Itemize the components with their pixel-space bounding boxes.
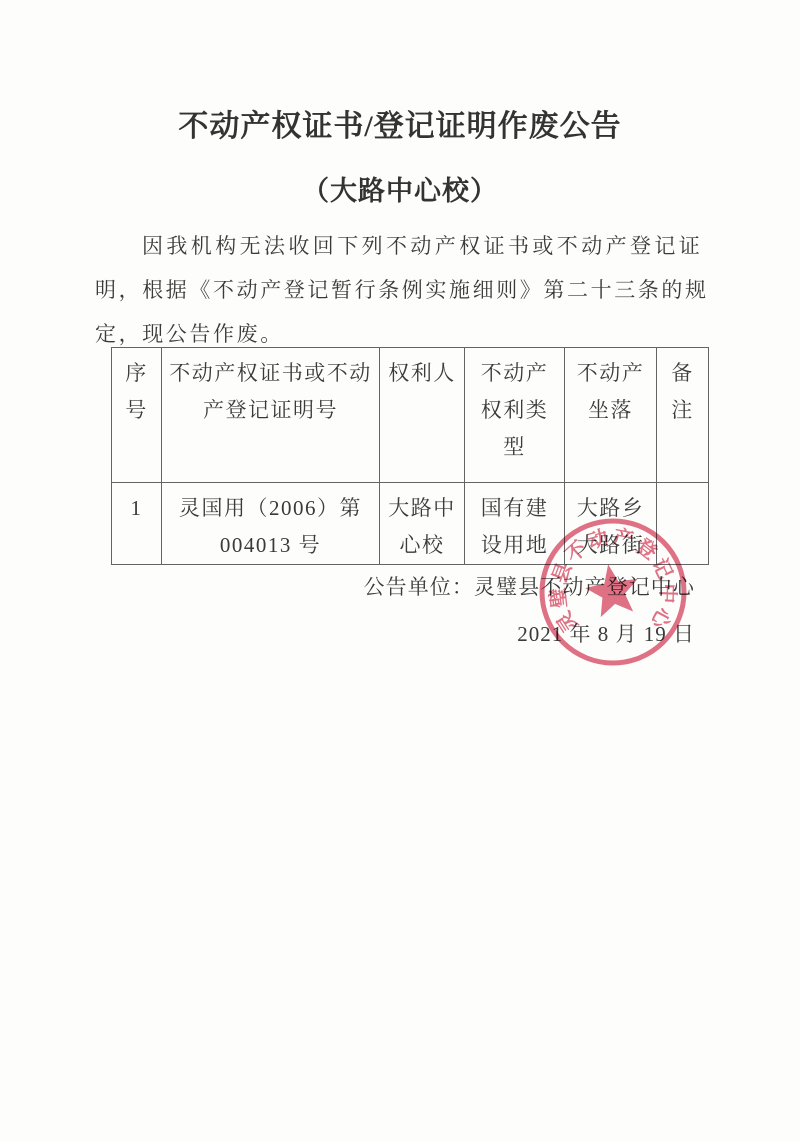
header-right-type: 不动产 权利类 型 — [465, 348, 565, 483]
official-seal-stamp: 灵璧县不动产登记中心 — [528, 507, 698, 677]
body-paragraph: 因我机构无法收回下列不动产权证书或不动产登记证 明，根据《不动产登记暂行条例实施… — [95, 224, 711, 356]
cell-cert-no: 灵国用（2006）第 004013 号 — [162, 483, 380, 565]
page-subtitle: （大路中心校） — [0, 169, 800, 208]
header-cert-no: 不动产权证书或不动 产登记证明号 — [162, 348, 380, 483]
body-line-2: 明，根据《不动产登记暂行条例实施细则》第二十三条的规 — [95, 268, 711, 312]
header-seq: 序 号 — [112, 348, 162, 483]
cell-seq: 1 — [112, 483, 162, 565]
table-header-row: 序 号 不动产权证书或不动 产登记证明号 权利人 不动产 权利类 型 不动产 坐… — [112, 348, 709, 483]
header-holder: 权利人 — [380, 348, 465, 483]
page-title: 不动产权证书/登记证明作废公告 — [0, 101, 800, 145]
cell-holder: 大路中 心校 — [380, 483, 465, 565]
seal-star-icon — [582, 560, 643, 619]
header-remark: 备 注 — [657, 348, 709, 483]
header-location: 不动产 坐落 — [565, 348, 657, 483]
notice-document-page: 不动产权证书/登记证明作废公告 （大路中心校） 因我机构无法收回下列不动产权证书… — [0, 0, 800, 1141]
body-line-1: 因我机构无法收回下列不动产权证书或不动产登记证 — [95, 224, 711, 268]
